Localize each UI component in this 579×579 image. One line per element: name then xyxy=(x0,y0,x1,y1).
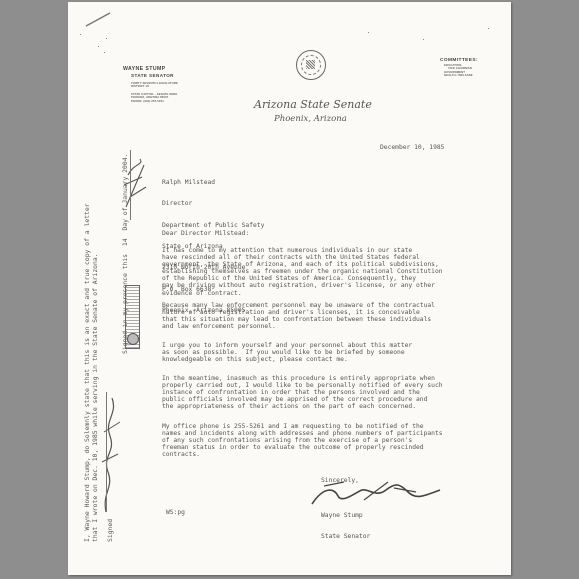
affidavit-signed-label: Signed xyxy=(106,519,114,542)
address-line: PHONE: (602) 255-5261 xyxy=(131,100,177,103)
salutation: Dear Director Milstead: xyxy=(162,230,249,237)
affidavit-line-1: I, Wayne Howard Stump, do Solemnly state… xyxy=(83,203,91,542)
notary-day: 14 xyxy=(121,234,129,250)
recipient-line: Director xyxy=(162,200,264,207)
letter-page: WAYNE STUMP STATE SENATOR THIRTY-SEVENTH… xyxy=(68,2,511,575)
sender-title: STATE SENATOR xyxy=(131,73,174,78)
typist-initials: WS:pg xyxy=(166,509,185,516)
senate-name: Arizona State Senate xyxy=(254,98,372,111)
letter-date: December 10, 1985 xyxy=(380,144,444,151)
body-paragraph: My office phone is 255-5261 and I am req… xyxy=(162,423,443,458)
recipient-line: Department of Public Safety xyxy=(162,222,264,229)
recipient-line: Ralph Milstead xyxy=(162,179,264,186)
district-line: DISTRICT 18 xyxy=(131,85,178,88)
address-block: STATE CAPITOL - SENATE WING PHOENIX, ARI… xyxy=(131,93,177,103)
senate-city: Phoenix, Arizona xyxy=(274,114,347,124)
committees-list: EDUCATION, VICE CHAIRMAN GOVERNMENT HEAL… xyxy=(444,64,473,78)
sender-name: WAYNE STUMP xyxy=(123,66,166,72)
notary-stamp-icon xyxy=(125,285,140,349)
body-paragraph: In the meantime, inasmuch as this proced… xyxy=(162,375,443,410)
notary-signature xyxy=(120,157,150,212)
district-block: THIRTY-SEVENTH LEGISLATURE DISTRICT 18 xyxy=(131,82,178,89)
body-paragraph: I urge you to inform yourself and your p… xyxy=(162,342,412,363)
body-paragraph: It has come to my attention that numerou… xyxy=(162,247,443,297)
signer-block: Wayne Stump State Senator xyxy=(321,498,370,555)
stray-pen-mark xyxy=(84,10,114,30)
committee-item: HEALTH / WELFARE xyxy=(444,74,473,77)
body-paragraph: Because many law enforcement personnel m… xyxy=(162,302,435,330)
state-seal-icon xyxy=(296,50,326,80)
signer-name: Wayne Stump xyxy=(321,512,370,519)
signer-title: State Senator xyxy=(321,533,370,540)
affidavit-signature xyxy=(98,392,128,517)
